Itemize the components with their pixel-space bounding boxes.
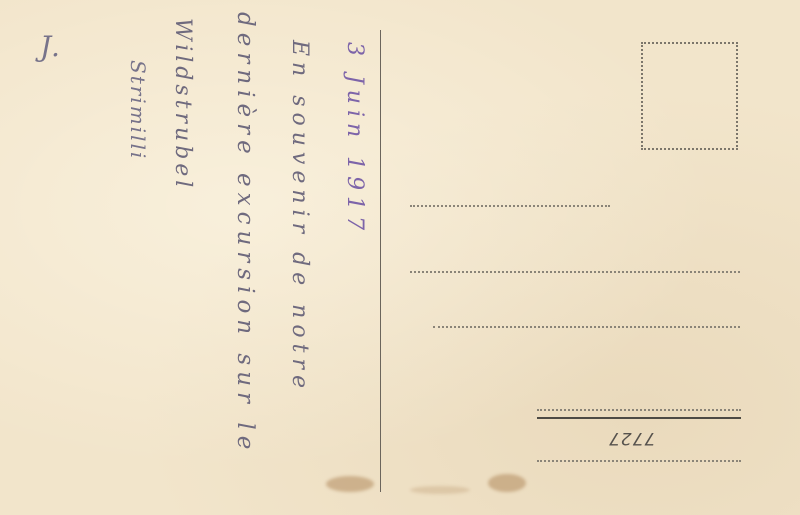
message-address-divider — [380, 30, 381, 492]
address-line-1 — [410, 205, 610, 207]
address-underline — [537, 417, 741, 419]
signature-initial: J. — [40, 30, 62, 63]
stain — [326, 476, 374, 492]
address-line-5 — [537, 460, 741, 462]
message-line-4: Wildstrubel — [170, 18, 195, 191]
signature-name: Strimilli — [126, 60, 150, 160]
postcard-back: 3 Juin 1917 En souvenir de notre dernièr… — [0, 0, 800, 515]
address-line-3 — [433, 326, 740, 328]
message-line-date: 3 Juin 1917 — [342, 42, 367, 236]
address-line-2 — [410, 271, 740, 273]
message-line-3: dernière excursion sur le — [232, 12, 258, 455]
stain — [488, 474, 526, 492]
address-line-4 — [537, 409, 741, 411]
message-line-2: En souvenir de notre — [287, 40, 312, 394]
stamp-box — [641, 42, 738, 150]
reference-number: 7727 — [608, 428, 655, 448]
stain — [410, 486, 470, 494]
